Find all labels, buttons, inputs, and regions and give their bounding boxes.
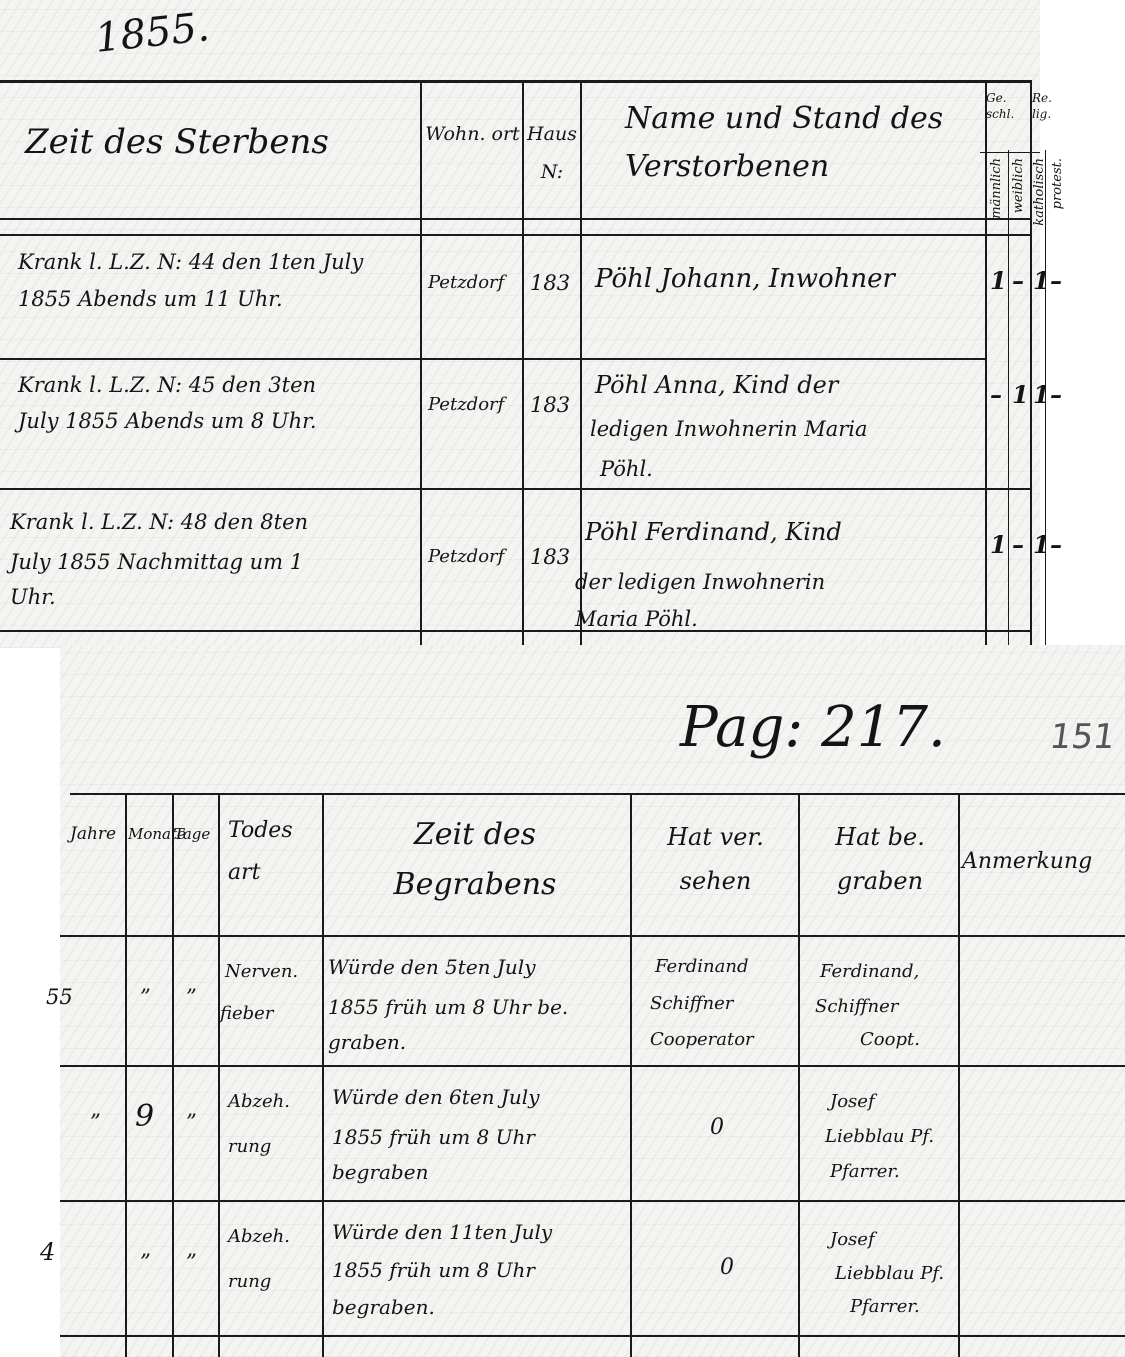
age-years: ” — [90, 1105, 101, 1139]
time-of-death-line: Krank l. L.Z. N: 44 den 1ten July — [18, 245, 363, 279]
register-page-top: 1855. Zeit des Sterbens Wohn. ort Haus N… — [0, 0, 1040, 648]
header-cause-of-death: Todes art — [228, 810, 318, 894]
time-of-death-line: July 1855 Abends um 8 Uhr. — [18, 404, 317, 438]
name-and-status: Pöhl Anna, Kind der — [595, 368, 838, 402]
header-protestant: protest. — [1050, 158, 1065, 209]
female-mark: 1 — [1012, 380, 1029, 409]
catholic-mark: 1 — [1033, 380, 1050, 409]
name-and-status: Pöhl. — [600, 452, 653, 486]
burial-time-line: Würde den 6ten July — [332, 1080, 540, 1114]
burial-time-line: begraben — [332, 1155, 428, 1189]
buried-by: Josef — [830, 1085, 875, 1119]
table-top-border — [0, 80, 1030, 83]
buried-by: Liebblau Pf. — [835, 1257, 944, 1291]
cause-of-death: fieber — [220, 997, 273, 1031]
sacraments-by: 0 — [710, 1115, 724, 1140]
protestant-mark: – — [1050, 380, 1062, 409]
catholic-mark: 1 — [1033, 530, 1050, 559]
buried-by: Pfarrer. — [850, 1290, 920, 1324]
name-and-status: Maria Pöhl. — [575, 602, 698, 636]
age-days: ” — [186, 1105, 197, 1139]
age-days: ” — [186, 980, 197, 1014]
column-divider — [958, 793, 960, 1357]
archive-page-number: 151 — [1047, 717, 1118, 757]
protestant-mark: – — [1050, 530, 1062, 559]
header-religion: Re. lig. — [1032, 90, 1062, 122]
cause-of-death: rung — [228, 1265, 271, 1299]
column-divider — [420, 80, 422, 648]
header-name-and-status: Name und Stand des Verstorbenen — [625, 95, 965, 191]
year-marking: 1855. — [93, 4, 212, 62]
row-divider — [0, 630, 1030, 632]
burial-time-line: 1855 früh um 8 Uhr — [332, 1253, 535, 1287]
name-and-status: Pöhl Ferdinand, Kind — [585, 515, 842, 549]
name-and-status: Pöhl Johann, Inwohner — [595, 262, 895, 296]
male-mark: 1 — [990, 530, 1007, 559]
header-age-months: Monate — [128, 815, 170, 853]
male-mark: 1 — [990, 266, 1007, 295]
age-months: ” — [140, 1245, 151, 1279]
buried-by: Schiffner — [815, 990, 898, 1024]
header-bottom-border — [0, 218, 1030, 220]
burial-time-line: Würde den 11ten July — [332, 1215, 552, 1249]
house-number: 183 — [530, 540, 570, 574]
time-of-death-line: Krank l. L.Z. N: 45 den 3ten — [18, 368, 316, 402]
time-of-death-line: Krank l. L.Z. N: 48 den 8ten — [10, 505, 308, 539]
column-divider — [125, 793, 127, 1357]
header-bottom-border-2 — [0, 234, 1030, 236]
female-mark: – — [1012, 266, 1024, 295]
residence: Petzdorf — [428, 388, 504, 422]
burial-time-line: graben. — [328, 1025, 406, 1059]
header-male: männlich — [989, 158, 1004, 219]
house-number: 183 — [530, 266, 570, 300]
female-mark: – — [1012, 530, 1024, 559]
age-months: ” — [140, 980, 151, 1014]
cause-of-death: Abzeh. — [228, 1220, 290, 1254]
header-residence: Wohn. ort — [425, 115, 520, 153]
column-divider — [218, 793, 220, 1357]
row-divider — [0, 488, 1030, 490]
column-divider — [798, 793, 800, 1357]
header-age-years: Jahre — [70, 815, 122, 853]
column-divider — [630, 793, 632, 1357]
cause-of-death: Abzeh. — [228, 1085, 290, 1119]
burial-time-line: begraben. — [332, 1290, 435, 1324]
header-sacraments-by: Hat ver. sehen — [638, 815, 793, 903]
buried-by: Ferdinand, — [820, 955, 919, 989]
header-time-of-burial: Zeit des Begrabens — [345, 810, 605, 910]
header-buried-by: Hat be. graben — [805, 815, 955, 903]
buried-by: Liebblau Pf. — [825, 1120, 934, 1154]
name-and-status: der ledigen Inwohnerin — [575, 565, 825, 599]
burial-time-line: 1855 früh um 8 Uhr — [332, 1120, 535, 1154]
sacraments-by: Schiffner — [650, 987, 733, 1021]
table-top-border — [70, 793, 1125, 795]
time-of-death-line: July 1855 Nachmittag um 1 — [10, 545, 303, 579]
age-months: 9 — [135, 1100, 154, 1134]
burial-time-line: 1855 früh um 8 Uhr be. — [328, 990, 568, 1024]
male-mark: – — [990, 380, 1002, 409]
cause-of-death: rung — [228, 1130, 271, 1164]
column-divider — [322, 793, 324, 1357]
buried-by: Josef — [830, 1223, 875, 1257]
header-time-of-death: Zeit des Sterbens — [25, 120, 329, 164]
cause-of-death: Nerven. — [225, 955, 298, 989]
time-of-death-line: Uhr. — [10, 580, 56, 614]
sacraments-by: Ferdinand — [655, 950, 748, 984]
column-divider — [985, 80, 987, 648]
column-divider — [580, 80, 582, 648]
protestant-mark: – — [1050, 266, 1062, 295]
header-female: weiblich — [1011, 158, 1026, 213]
sacraments-by: Cooperator — [650, 1023, 754, 1057]
header-catholic: katholisch — [1032, 158, 1047, 226]
age-days: ” — [186, 1245, 197, 1279]
time-of-death-line: 1855 Abends um 11 Uhr. — [18, 282, 283, 316]
residence: Petzdorf — [428, 540, 504, 574]
column-divider — [1008, 150, 1009, 648]
page-label: Pag: 217. — [680, 695, 946, 760]
age-years: 4 — [40, 1235, 55, 1269]
column-divider — [172, 793, 174, 1357]
register-page-bottom: Pag: 217. 151 Jahre Monate Tage Todes ar… — [60, 645, 1125, 1357]
header-sex: Ge. schl. — [986, 90, 1030, 122]
column-divider — [522, 80, 524, 648]
catholic-mark: 1 — [1033, 266, 1050, 295]
buried-by: Pfarrer. — [830, 1155, 900, 1189]
row-divider — [0, 358, 985, 360]
header-house-number: Haus N: — [526, 115, 578, 191]
sacraments-by: 0 — [720, 1255, 734, 1280]
header-remarks: Anmerkung — [962, 850, 1092, 874]
name-and-status: ledigen Inwohnerin Maria — [590, 412, 868, 446]
residence: Petzdorf — [428, 266, 504, 300]
house-number: 183 — [530, 388, 570, 422]
age-years: 55 — [46, 980, 73, 1014]
burial-time-line: Würde den 5ten July — [328, 950, 536, 984]
buried-by: Coopt. — [860, 1023, 920, 1057]
header-age-days: Tage — [174, 815, 216, 853]
